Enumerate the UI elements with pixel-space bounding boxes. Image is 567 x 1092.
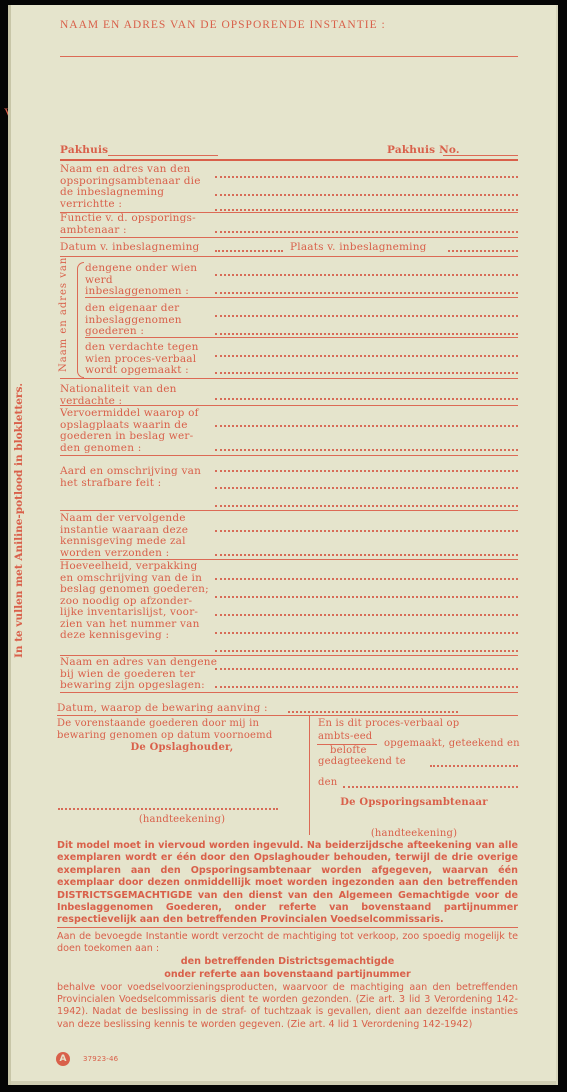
request-reference: onder referte aan bovenstaand partijnumm… <box>57 969 518 981</box>
right-sign-line4: den <box>318 777 337 789</box>
bracket-label: Naam en adres van <box>58 257 69 372</box>
field-input-vervoermiddel-1[interactable] <box>215 425 518 429</box>
divider <box>57 927 518 928</box>
divider <box>60 405 518 406</box>
divider <box>57 715 518 716</box>
divider <box>60 237 518 238</box>
field-label-eigenaar: den eigenaar der inbeslaggenomen goedere… <box>85 303 182 338</box>
pakhuis-label: Pakhuis <box>60 145 108 157</box>
printer-logo-icon: A <box>56 1052 70 1066</box>
den-date-field[interactable] <box>343 786 518 790</box>
field-label-bewaring: Naam en adres van dengene bij wien de go… <box>60 657 217 692</box>
field-label-datum-inbeslagneming: Datum v. inbeslagneming <box>60 242 199 254</box>
field-input-hoeveelheid-1[interactable] <box>215 578 518 582</box>
field-input-datum-inbeslagneming[interactable] <box>215 250 283 254</box>
divider <box>85 297 518 298</box>
field-label-vervoermiddel: Vervoermiddel waarop of opslagplaats waa… <box>60 408 199 454</box>
request-recipient: den betreffenden Districtsgemachtigde <box>57 956 518 968</box>
field-label-datum-bewaring: Datum, waarop de bewaring aanving : <box>57 703 268 715</box>
field-input-feit-1[interactable] <box>215 470 518 474</box>
instructions-paragraph: Dit model moet in viervoud worden ingevu… <box>57 840 518 927</box>
field-input-feit-2[interactable] <box>215 487 518 491</box>
field-label-plaats-inbeslagneming: Plaats v. inbeslagneming <box>290 242 427 254</box>
divider <box>60 256 518 257</box>
field-input-hoeveelheid-2[interactable] <box>215 596 518 600</box>
opslaghouder-signature-field[interactable] <box>58 808 278 812</box>
column-divider <box>309 715 310 835</box>
field-input-verdachte-2[interactable] <box>215 372 518 376</box>
fraction-top: ambts-eed <box>318 731 372 743</box>
right-sign-line3: gedagteekend te <box>318 756 406 768</box>
field-input-nationaliteit[interactable] <box>215 398 518 402</box>
opsporingsambtenaar-role: De Opsporingsambtenaar <box>310 797 518 809</box>
field-label-nationaliteit: Nationaliteit van den verdachte : <box>60 384 177 407</box>
side-note: In te vullen met Aniline-potlood in blok… <box>13 383 25 658</box>
field-input-opsporingsambtenaar-1[interactable] <box>215 176 518 180</box>
field-input-verdachte-1[interactable] <box>215 355 518 359</box>
divider <box>60 378 518 379</box>
instance-line[interactable] <box>60 56 518 57</box>
field-input-vervolgende-2[interactable] <box>215 554 518 558</box>
instance-label: NAAM EN ADRES VAN DE OPSPORENDE INSTANTI… <box>60 20 386 32</box>
request-body: behalve voor voedselvoorzieningsproducte… <box>57 982 518 1031</box>
right-sign-line2: opgemaakt, geteekend en <box>384 738 520 750</box>
field-label-opsporingsambtenaar: Naam en adres van den opsporingsambtenaa… <box>60 164 201 210</box>
field-input-hoeveelheid-5[interactable] <box>215 650 518 654</box>
field-input-feit-3[interactable] <box>215 505 518 509</box>
field-input-vervoermiddel-2[interactable] <box>215 449 518 453</box>
divider <box>60 159 518 161</box>
field-label-feit: Aard en omschrijving van het strafbare f… <box>60 466 201 489</box>
field-input-hoeveelheid-3[interactable] <box>215 614 518 618</box>
field-input-dengene-1[interactable] <box>215 274 518 278</box>
pakhuis-field[interactable] <box>108 155 218 156</box>
form-code: 37923-46 <box>83 1055 118 1063</box>
left-sign-text: De vorenstaande goederen door mij in bew… <box>57 718 272 741</box>
field-label-functie: Functie v. d. opsporings- ambtenaar : <box>60 213 196 236</box>
field-label-vervolgende: Naam der vervolgende instantie waaraan d… <box>60 513 188 559</box>
divider <box>60 455 518 456</box>
divider <box>60 510 518 511</box>
pakhuis-no-field[interactable] <box>443 155 518 156</box>
brace-icon <box>77 262 84 378</box>
opslaghouder-role: De Opslaghouder, <box>57 742 307 754</box>
divider <box>60 692 518 693</box>
fraction-bottom: belofte <box>330 745 367 757</box>
field-input-vervolgende-1[interactable] <box>215 530 518 534</box>
gedagteekend-place-field[interactable] <box>430 765 518 769</box>
field-label-verdachte: den verdachte tegen wien proces-verbaal … <box>85 342 199 377</box>
field-label-dengene: dengene onder wien werd inbeslaggenomen … <box>85 263 197 298</box>
field-input-plaats-inbeslagneming[interactable] <box>448 250 518 254</box>
field-input-eigenaar-1[interactable] <box>215 315 518 319</box>
right-sign-line1: En is dit proces-verbaal op <box>318 718 459 730</box>
field-input-dengene-2[interactable] <box>215 292 518 296</box>
field-input-functie[interactable] <box>215 231 518 235</box>
field-input-opsporingsambtenaar-2[interactable] <box>215 194 518 198</box>
field-input-bewaring-2[interactable] <box>215 686 518 690</box>
request-intro: Aan de bevoegde Instantie wordt verzocht… <box>57 931 518 955</box>
opslaghouder-signature-label: (handteekening) <box>57 814 307 826</box>
field-input-bewaring-1[interactable] <box>215 668 518 672</box>
divider <box>85 337 518 338</box>
field-label-hoeveelheid: Hoeveelheid, verpakking en omschrijving … <box>60 561 209 642</box>
opsporingsambtenaar-signature-label: (handteekening) <box>310 828 518 840</box>
field-input-hoeveelheid-4[interactable] <box>215 632 518 636</box>
